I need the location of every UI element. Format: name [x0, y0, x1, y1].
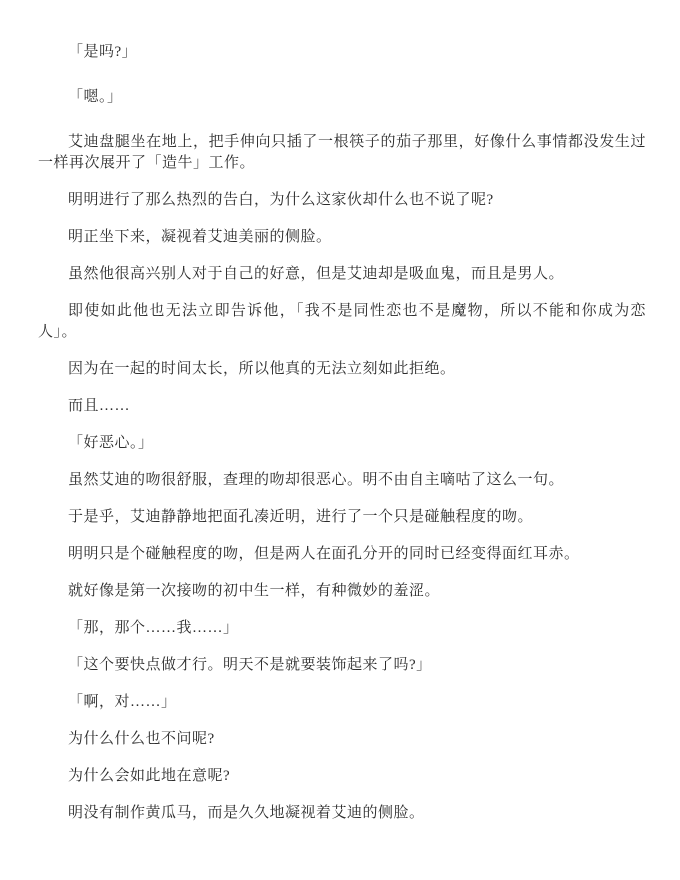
- paragraph: 明正坐下来，凝视着艾迪美丽的侧脸。: [38, 227, 646, 248]
- paragraph-dialogue: 「嗯。」: [38, 87, 646, 108]
- paragraph: 即使如此他也无法立即告诉他，「我不是同性恋也不是魔物，所以不能和你成为恋人」。: [38, 301, 646, 343]
- paragraph: 明没有制作黄瓜马，而是久久地凝视着艾迪的侧脸。: [38, 803, 646, 824]
- paragraph: 就好像是第一次接吻的初中生一样，有种微妙的羞涩。: [38, 581, 646, 602]
- paragraph: 因为在一起的时间太长，所以他真的无法立刻如此拒绝。: [38, 359, 646, 380]
- paragraph-dialogue: 「那，那个……我……」: [38, 618, 646, 639]
- paragraph: 而且……: [38, 396, 646, 417]
- document-page: 「是吗?」 「嗯。」 艾迪盘腿坐在地上，把手伸向只插了一根筷子的茄子那里，好像什…: [0, 0, 680, 880]
- paragraph: 虽然艾迪的吻很舒服，查理的吻却很恶心。明不由自主嘀咕了这么一句。: [38, 470, 646, 491]
- paragraph: 明明只是个碰触程度的吻，但是两人在面孔分开的同时已经变得面红耳赤。: [38, 544, 646, 565]
- paragraph-dialogue: 「是吗?」: [38, 42, 646, 63]
- paragraph-dialogue: 「啊，对……」: [38, 692, 646, 713]
- paragraph: 虽然他很高兴别人对于自己的好意，但是艾迪却是吸血鬼，而且是男人。: [38, 264, 646, 285]
- novel-text-body: 「是吗?」 「嗯。」 艾迪盘腿坐在地上，把手伸向只插了一根筷子的茄子那里，好像什…: [38, 42, 646, 824]
- paragraph-dialogue: 「这个要快点做才行。明天不是就要装饰起来了吗?」: [38, 655, 646, 676]
- paragraph: 为什么会如此地在意呢?: [38, 766, 646, 787]
- paragraph: 艾迪盘腿坐在地上，把手伸向只插了一根筷子的茄子那里，好像什么事情都没发生过一样再…: [38, 132, 646, 174]
- paragraph: 于是乎，艾迪静静地把面孔凑近明，进行了一个只是碰触程度的吻。: [38, 507, 646, 528]
- paragraph: 为什么什么也不问呢?: [38, 729, 646, 750]
- paragraph: 明明进行了那么热烈的告白，为什么这家伙却什么也不说了呢?: [38, 190, 646, 211]
- paragraph-dialogue: 「好恶心。」: [38, 433, 646, 454]
